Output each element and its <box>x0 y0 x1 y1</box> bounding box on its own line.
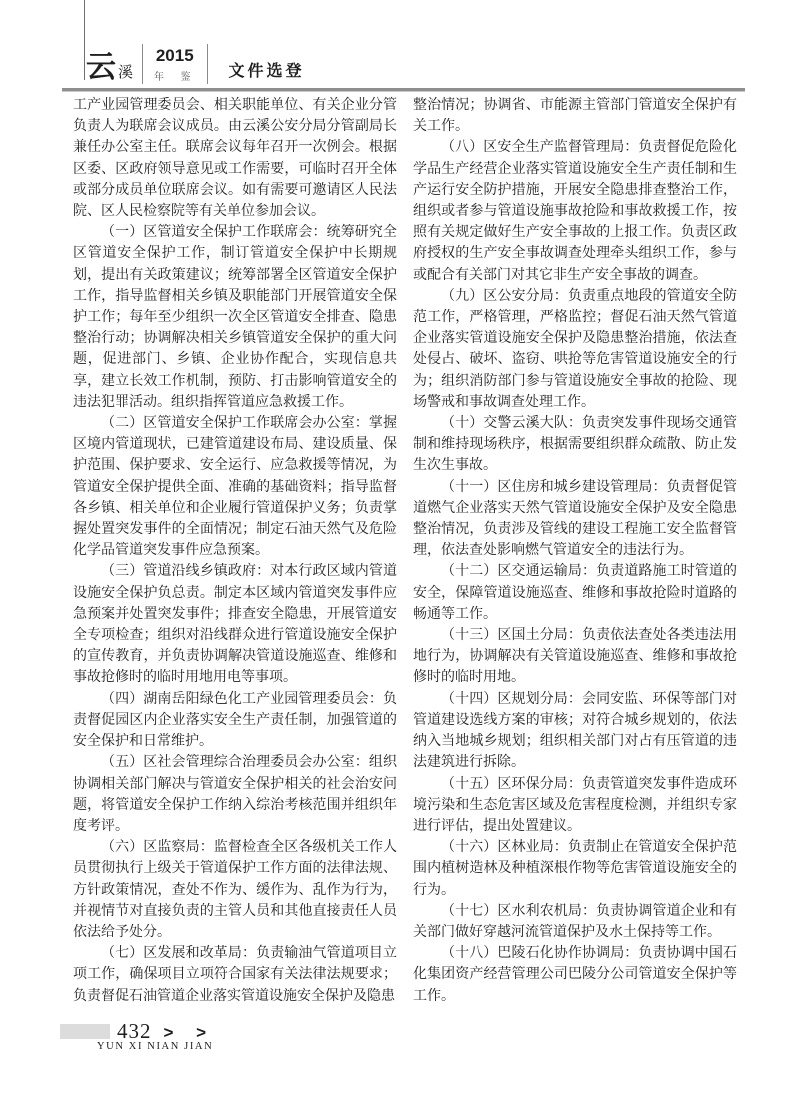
paragraph: （五）区社会管理综合治理委员会办公室：组织协调相关部门解决与管道安全保护相关的社… <box>73 752 397 837</box>
right-column: 整治情况；协调省、市能源主管部门管道安全保护有关工作。（八）区安全生产监督管理局… <box>413 95 737 1007</box>
paragraph: （十七）区水利农机局：负责协调管道企业和有关部门做好穿越河流管道保护及水土保持等… <box>413 901 737 943</box>
yearbook-logo-main: 云 <box>86 54 116 83</box>
paragraph: （六）区监察局：监督检查全区各级机关工作人员贯彻执行上级关于管道保护工作方面的法… <box>73 837 397 943</box>
paragraph: 整治情况；协调省、市能源主管部门管道安全保护有关工作。 <box>413 95 737 137</box>
paragraph: （十二）区交通运输局：负责道路施工时管道的安全，保障管道设施巡查、维修和事故抢险… <box>413 561 737 625</box>
paragraph: （十八）巴陵石化协作协调局：负责协调中国石化集团资产经营管理公司巴陵分公司管道安… <box>413 943 737 1007</box>
header-vertical-rule <box>84 0 85 80</box>
yearbook-year-block: 2015 年 鉴 <box>152 47 198 83</box>
paragraph: （十一）区住房和城乡建设管理局：负责督促管道燃气企业落实天然气管道设施安全保护及… <box>413 477 737 562</box>
page-header: 云 溪 2015 年 鉴 文件选登 <box>86 46 305 82</box>
paragraph: 工产业园管理委员会、相关职能单位、有关企业分管负责人为联席会议成员。由云溪公安分… <box>73 95 397 222</box>
paragraph: （七）区发展和改革局：负责输油气管道项目立项工作，确保项目立项符合国家有关法律法… <box>73 943 397 1007</box>
yearbook-label: 年 鉴 <box>152 68 198 83</box>
document-body: 工产业园管理委员会、相关职能单位、有关企业分管负责人为联席会议成员。由云溪公安分… <box>73 95 737 1007</box>
paragraph: （十）交警云溪大队：负责突发事件现场交通管制和维持现场秩序，根据需要组织群众疏散… <box>413 413 737 477</box>
paragraph: （十六）区林业局：负责制止在管道安全保护范围内植树造林及种植深根作物等危害管道设… <box>413 837 737 901</box>
yearbook-logo-sub: 溪 <box>118 65 133 82</box>
paragraph: （三）管道沿线乡镇政府：对本行政区域内管道设施安全保护负总责。制定本区域内管道突… <box>73 561 397 688</box>
paragraph: （四）湖南岳阳绿色化工产业园管理委员会：负责督促园区内企业落实安全生产责任制，加… <box>73 689 397 753</box>
paragraph: （二）区管道安全保护工作联席会办公室：掌握区境内管道现状，已建管道建设布局、建设… <box>73 413 397 561</box>
section-title: 文件选登 <box>229 58 305 81</box>
footer-gray-bar <box>60 1024 110 1039</box>
yearbook-year: 2015 <box>156 47 194 65</box>
yearbook-romanized-title: YUN XI NIAN JIAN <box>97 1041 213 1052</box>
paragraph: （八）区安全生产监督管理局：负责督促危险化学品生产经营企业落实管道设施安全生产责… <box>413 137 737 285</box>
paragraph: （十五）区环保分局：负责管道突发事件造成环境污染和生态危害区域及危害程度检测，并… <box>413 774 737 838</box>
paragraph: （十四）区规划分局：会同安监、环保等部门对管道建设选线方案的审核；对符合城乡规划… <box>413 689 737 774</box>
paragraph: （十三）区国土分局：负责依法查处各类违法用地行为，协调解决有关管道设施巡查、维修… <box>413 625 737 689</box>
paragraph: （九）区公安分局：负责重点地段的管道安全防范工作，严格管理，严格监控；督促石油天… <box>413 286 737 413</box>
header-divider <box>207 44 208 84</box>
header-horizontal-rule <box>62 88 745 92</box>
header-divider <box>142 44 143 84</box>
paragraph: （一）区管道安全保护工作联席会：统筹研究全区管道安全保护工作，制订管道安全保护中… <box>73 222 397 413</box>
left-column: 工产业园管理委员会、相关职能单位、有关企业分管负责人为联席会议成员。由云溪公安分… <box>73 95 397 1007</box>
page-arrows-icon: > > <box>164 1023 216 1043</box>
